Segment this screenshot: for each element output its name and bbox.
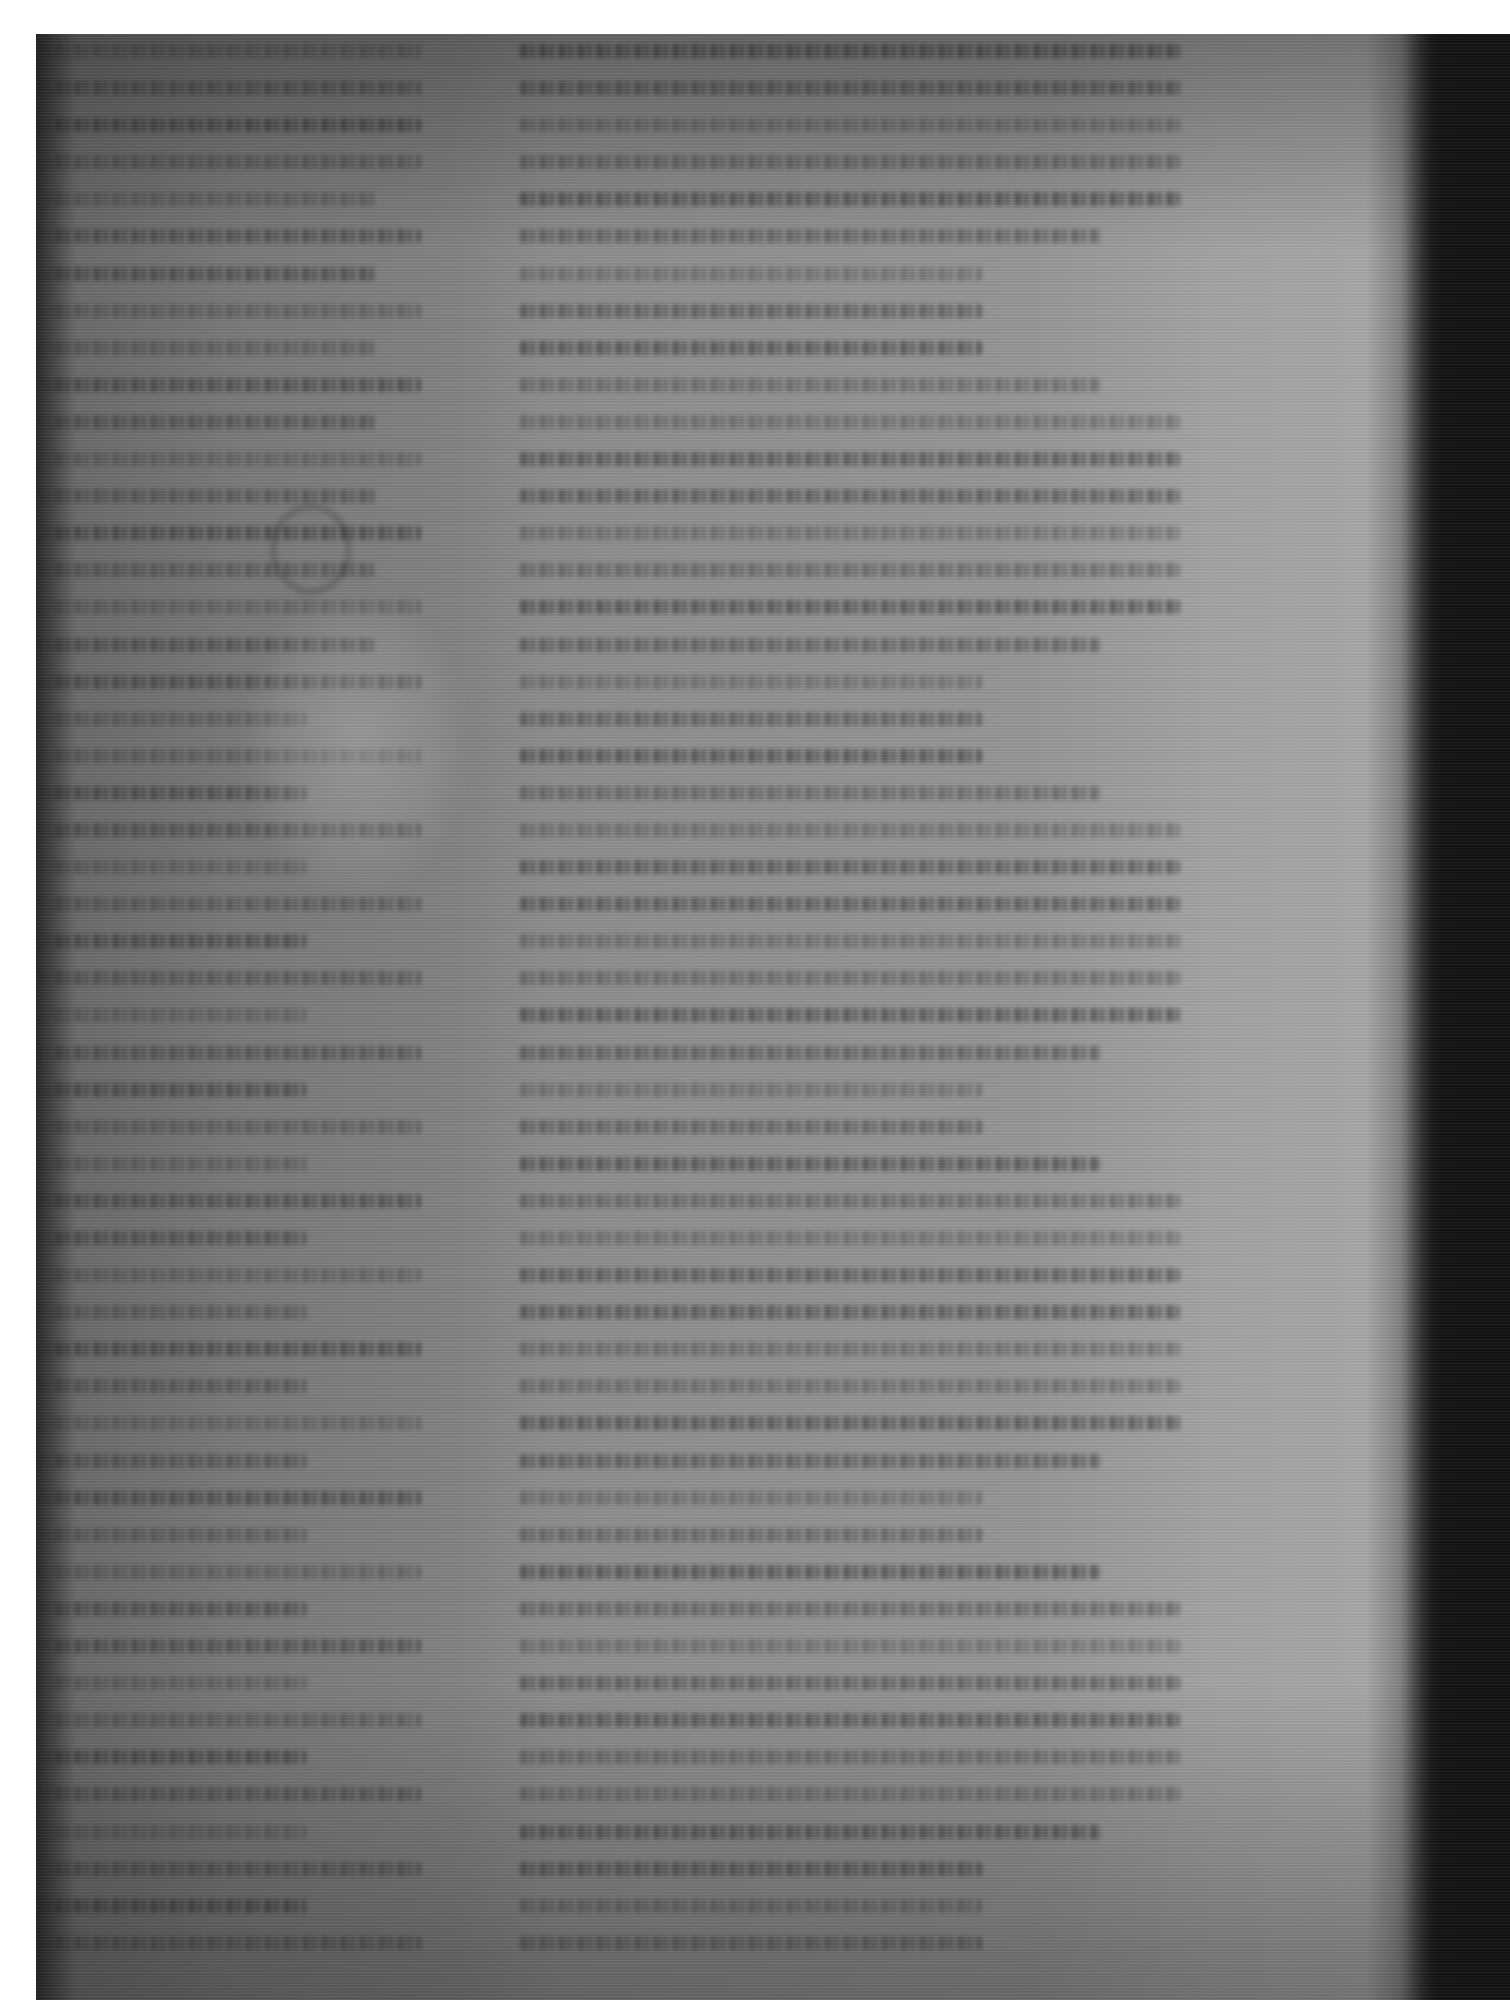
- text-line: [520, 1491, 982, 1505]
- text-line: [520, 1120, 982, 1134]
- text-line: [520, 1602, 1180, 1616]
- text-line: [36, 44, 421, 58]
- text-line: [36, 1046, 421, 1060]
- text-line: [520, 1676, 1180, 1690]
- text-line: [36, 1454, 306, 1468]
- text-line: [520, 489, 1180, 503]
- text-line: [520, 1379, 1180, 1393]
- left-text-column: [36, 34, 421, 2000]
- text-line: [36, 1528, 306, 1542]
- text-line: [36, 378, 421, 392]
- text-line: [520, 81, 1180, 95]
- text-line: [36, 1231, 306, 1245]
- text-line: [36, 1899, 306, 1913]
- text-line: [36, 1008, 306, 1022]
- text-line: [520, 229, 1101, 243]
- text-line: [520, 378, 1101, 392]
- text-line: [520, 749, 982, 763]
- text-line: [520, 1750, 1180, 1764]
- text-line: [36, 341, 375, 355]
- text-line: [36, 1713, 421, 1727]
- text-line: [36, 1676, 306, 1690]
- text-line: [36, 1936, 421, 1950]
- text-line: [36, 415, 375, 429]
- text-line: [36, 81, 421, 95]
- text-line: [520, 1008, 1180, 1022]
- text-line: [520, 1899, 982, 1913]
- text-line: [520, 823, 1180, 837]
- main-text-column: [520, 34, 1180, 2000]
- text-line: [520, 452, 1180, 466]
- text-line: [36, 1862, 421, 1876]
- text-line: [36, 267, 375, 281]
- text-line: [36, 229, 421, 243]
- text-line: [36, 1416, 421, 1430]
- text-line: [520, 1713, 1180, 1727]
- text-line: [520, 675, 982, 689]
- text-line: [520, 1936, 982, 1950]
- text-line: [36, 1157, 306, 1171]
- text-line: [520, 1268, 1180, 1282]
- text-line: [520, 155, 1180, 169]
- text-line: [520, 44, 1180, 58]
- text-line: [520, 712, 982, 726]
- text-line: [520, 1565, 1101, 1579]
- text-line: [520, 341, 982, 355]
- text-line: [36, 155, 421, 169]
- text-line: [520, 1194, 1180, 1208]
- text-line: [36, 1825, 306, 1839]
- text-line: [520, 971, 1180, 985]
- text-line: [520, 1862, 982, 1876]
- text-line: [520, 192, 1180, 206]
- text-line: [520, 1528, 982, 1542]
- text-line: [36, 118, 421, 132]
- text-line: [520, 1454, 1101, 1468]
- text-line: [520, 1787, 1180, 1801]
- text-line: [520, 526, 1180, 540]
- text-line: [36, 1379, 306, 1393]
- text-line: [520, 860, 1180, 874]
- text-line: [520, 897, 1180, 911]
- text-line: [36, 1268, 421, 1282]
- text-line: [36, 304, 421, 318]
- text-line: [36, 1787, 421, 1801]
- manuscript-scan: Grayscale scan of a medieval manuscript …: [36, 34, 1510, 2000]
- text-line: [520, 1046, 1101, 1060]
- text-line: [520, 1342, 1180, 1356]
- text-line: [36, 526, 421, 540]
- text-line: [36, 1305, 306, 1319]
- text-line: [36, 1602, 306, 1616]
- parchment-stain: [246, 594, 466, 894]
- text-line: [520, 1157, 1101, 1171]
- text-line: [36, 934, 306, 948]
- text-line: [520, 934, 1180, 948]
- text-line: [520, 600, 1180, 614]
- text-line: [520, 1305, 1180, 1319]
- text-line: [520, 267, 982, 281]
- text-line: [520, 415, 1180, 429]
- text-line: [36, 1491, 421, 1505]
- text-line: [520, 1083, 982, 1097]
- text-line: [520, 1231, 1180, 1245]
- text-line: [520, 304, 982, 318]
- text-line: [520, 1416, 1180, 1430]
- text-line: [520, 118, 1180, 132]
- text-line: [36, 1194, 421, 1208]
- text-line: [520, 1639, 1180, 1653]
- text-line: [36, 452, 421, 466]
- text-line: [36, 1120, 421, 1134]
- text-line: [36, 1565, 421, 1579]
- page-edge-shadow: [1400, 34, 1510, 2000]
- text-line: [36, 489, 375, 503]
- text-line: [36, 1342, 421, 1356]
- text-line: [520, 563, 1180, 577]
- text-line: [36, 1639, 421, 1653]
- text-line: [36, 971, 421, 985]
- text-line: [36, 1750, 306, 1764]
- text-line: [36, 192, 375, 206]
- decorated-initial: [271, 504, 351, 594]
- text-line: [520, 1825, 1101, 1839]
- text-line: [520, 638, 1101, 652]
- text-line: [36, 1083, 306, 1097]
- text-line: [36, 897, 421, 911]
- text-line: [520, 786, 1101, 800]
